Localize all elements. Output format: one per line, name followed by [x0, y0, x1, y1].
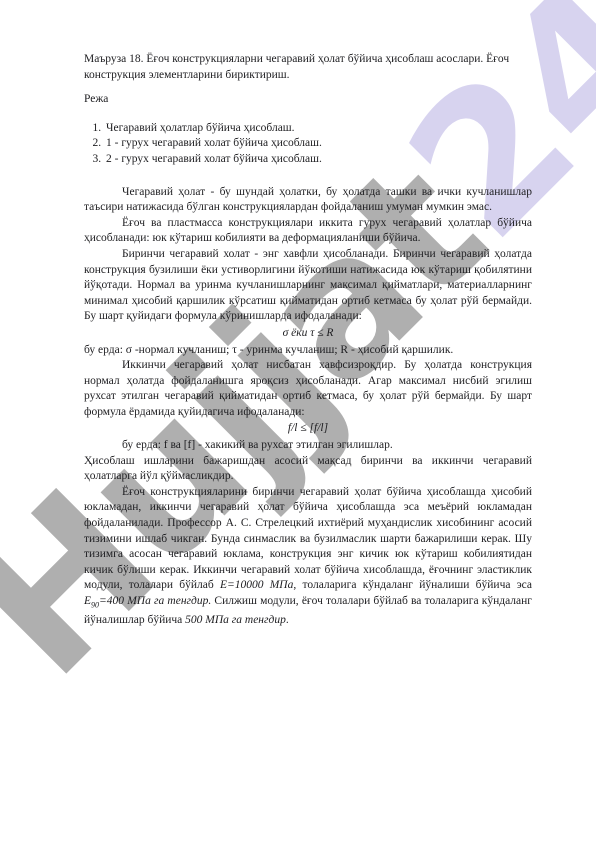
paragraph-loads-and-moduli: Ёғоч конструкцияларини биринчи чегаравий… [84, 485, 532, 629]
plan-item-2: 1 - гурух чегаравий холат бўйича ҳисобла… [104, 136, 532, 152]
document-page: Маъруза 18. Ёғоч конструкцияларни чегара… [84, 52, 532, 628]
paragraph-limit-state-definition: Чегаравий ҳолат - бу шундай ҳолатки, бу … [84, 185, 532, 216]
plan-item-3: 2 - гурух чегаравий холат бўйича ҳисобла… [104, 152, 532, 168]
lecture-title: Маъруза 18. Ёғоч конструкцияларни чегара… [84, 52, 532, 83]
formula-deflection-condition: f/l ≤ [f/l] [84, 421, 532, 437]
paragraph-two-groups: Ёғоч ва пластмасса конструкциялари иккит… [84, 216, 532, 247]
loads-text-2: , толаларига кўндаланг йўналиши бўйича э… [293, 579, 532, 591]
paragraph-second-limit-state: Иккинчи чегаравий ҳолат нисбатан хавфсиз… [84, 358, 532, 420]
formula-stress-condition: σ ёки τ ≤ R [84, 326, 532, 342]
formula-stress-legend: бу ерда: σ -нормал кучланиш; τ - уринма … [84, 343, 532, 359]
loads-text-1: Ёғоч конструкцияларини биринчи чегаравий… [84, 486, 532, 592]
plan-list: Чегаравий ҳолатлар бўйича ҳисоблаш. 1 - … [84, 121, 532, 168]
elastic-modulus-along-value: Е=10000 МПа [220, 579, 293, 591]
paragraph-first-limit-state: Биринчи чегаравий холат - энг хавфли ҳис… [84, 247, 532, 325]
elastic-modulus-across-symbol: Е [84, 595, 91, 607]
elastic-modulus-across-value: =400 МПа га тенгдир. [99, 595, 211, 607]
shear-modulus-value: 500 МПа га тенгдир [185, 614, 286, 626]
plan-heading: Режа [84, 92, 532, 108]
loads-text-4: . [286, 614, 289, 626]
elastic-modulus-across-subscript: 90 [91, 600, 99, 609]
formula-deflection-legend: бу ерда: f ва [f] - хакикий ва рухсат эт… [84, 438, 532, 454]
paragraph-calculation-goal: Ҳисоблаш ишларини бажаришдан асосий мақс… [84, 454, 532, 485]
plan-item-1: Чегаравий ҳолатлар бўйича ҳисоблаш. [104, 121, 532, 137]
